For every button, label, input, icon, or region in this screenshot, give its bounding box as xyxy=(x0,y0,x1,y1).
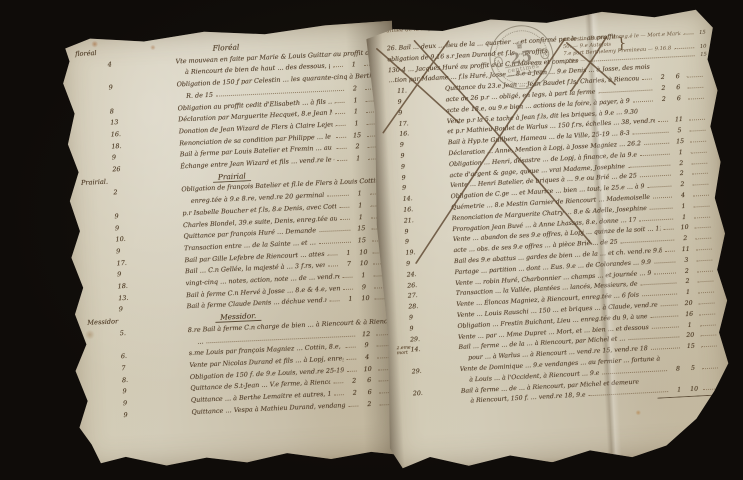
amount-sub: 6 xyxy=(672,94,687,106)
dotted-leader xyxy=(650,207,673,209)
amount: 1 xyxy=(340,247,357,259)
amount: 2 xyxy=(347,387,364,399)
dotted-leader xyxy=(700,324,716,326)
amount: 1 xyxy=(353,211,370,223)
dotted-leader xyxy=(335,101,345,102)
dotted-leader xyxy=(674,48,694,50)
amount: 15 xyxy=(354,235,371,247)
day-number xyxy=(397,360,459,363)
dotted-leader xyxy=(346,347,356,348)
annotation-text: … 9.e — xyxy=(564,58,586,66)
dotted-leader xyxy=(654,272,676,274)
dotted-leader xyxy=(693,195,709,197)
amount: 1 xyxy=(355,270,372,282)
amount: 1 xyxy=(350,153,367,165)
photograph-background: floréalFloréal4Vte mouvean en faite par … xyxy=(0,0,743,480)
dotted-leader xyxy=(337,160,347,161)
dotted-leader xyxy=(640,153,670,156)
dotted-leader xyxy=(689,119,705,121)
dotted-leader xyxy=(651,348,680,351)
amount: 4 xyxy=(359,352,376,364)
day-number xyxy=(73,98,177,103)
dotted-leader xyxy=(694,205,710,207)
dotted-leader xyxy=(690,130,706,132)
dotted-leader xyxy=(653,197,672,199)
margin-note: 2.eme mort xyxy=(397,347,410,357)
amount: 15 xyxy=(349,130,366,142)
dotted-leader xyxy=(330,301,340,302)
dotted-leader xyxy=(334,394,344,395)
dotted-leader xyxy=(343,288,353,289)
amount-sub: 6 xyxy=(671,72,686,84)
dotted-leader xyxy=(699,302,715,304)
section-header-text: Floréal xyxy=(212,43,239,53)
dotted-leader xyxy=(696,249,712,251)
amount-sub: 10 xyxy=(357,258,372,270)
dotted-leader xyxy=(602,370,667,374)
dotted-leader xyxy=(319,242,351,244)
amount: 12 xyxy=(358,328,375,340)
amount: 1 xyxy=(347,94,364,106)
dotted-leader xyxy=(621,240,675,244)
dotted-leader xyxy=(642,79,652,81)
dotted-leader xyxy=(687,76,703,78)
dotted-leader xyxy=(644,143,669,145)
dotted-leader xyxy=(319,230,350,232)
dotted-leader xyxy=(336,136,346,137)
dotted-leader xyxy=(648,186,672,188)
dotted-leader xyxy=(598,89,652,93)
dotted-leader xyxy=(687,87,703,89)
day-number xyxy=(72,75,176,80)
dotted-leader xyxy=(339,207,349,208)
dotted-leader xyxy=(340,218,350,219)
amount: 1 xyxy=(352,188,369,200)
day-number xyxy=(400,403,462,406)
dotted-leader xyxy=(651,315,679,317)
margin-month-label: floréal xyxy=(75,48,97,61)
amount: 1 xyxy=(346,59,363,71)
dotted-leader xyxy=(628,164,670,167)
dotted-leader xyxy=(695,238,711,240)
amount: 1 xyxy=(342,294,359,306)
dotted-leader xyxy=(696,259,712,261)
stamp-unit: centimes xyxy=(505,61,542,77)
day-number xyxy=(78,203,182,208)
dotted-leader xyxy=(683,33,693,35)
dotted-leader xyxy=(346,359,356,360)
dotted-leader xyxy=(703,389,719,391)
amount: 15 xyxy=(353,223,370,235)
dotted-leader xyxy=(701,346,717,348)
amount-sub: 10 xyxy=(687,385,702,397)
amount-sub: 6 xyxy=(671,83,686,95)
amount-sub: 10 xyxy=(356,246,371,258)
stamp-ornament-left: A xyxy=(493,56,504,68)
amount: 9 xyxy=(358,340,375,352)
dotted-leader xyxy=(633,132,669,135)
amount: 1 xyxy=(352,200,369,212)
right-page: 5.e année de la République } modestin, B… xyxy=(366,5,737,471)
amount: 2 xyxy=(347,83,364,95)
dotted-leader xyxy=(661,304,678,306)
dotted-leader xyxy=(694,216,710,218)
dotted-leader xyxy=(336,125,346,126)
dotted-leader xyxy=(652,326,679,328)
dotted-leader xyxy=(642,294,677,297)
dotted-leader xyxy=(702,367,718,369)
stamp-ornament-right: A xyxy=(539,48,550,60)
annotation-amount: 15 xyxy=(697,51,709,59)
dotted-leader xyxy=(691,151,707,153)
day-number xyxy=(398,382,460,385)
dotted-leader xyxy=(335,113,345,114)
dotted-leader xyxy=(688,98,704,100)
amount: 2 xyxy=(346,376,363,388)
dotted-leader xyxy=(333,383,343,384)
amount: 1 xyxy=(348,106,365,118)
amount: 2 xyxy=(349,141,366,153)
entry-text: … xyxy=(197,336,204,348)
dotted-leader xyxy=(348,405,358,406)
dotted-leader xyxy=(328,266,338,267)
dotted-leader xyxy=(640,218,674,221)
amount: 10 xyxy=(359,363,376,375)
stamp-value: 25 xyxy=(509,48,534,66)
dotted-leader xyxy=(343,277,353,278)
dotted-leader xyxy=(697,281,713,283)
crown-icon: ♛ xyxy=(514,40,524,50)
dotted-leader xyxy=(337,148,347,149)
dotted-leader xyxy=(628,337,679,341)
dotted-leader xyxy=(589,391,668,396)
dotted-leader xyxy=(658,121,668,123)
dotted-leader xyxy=(664,229,674,231)
amount-sub: 6 xyxy=(362,375,377,387)
left-page: floréalFloréal4Vte mouvean en faite par … xyxy=(56,21,411,472)
amount-sub: 10 xyxy=(358,293,373,305)
dotted-leader xyxy=(692,173,708,175)
dotted-leader xyxy=(640,175,671,178)
amount: 1 xyxy=(348,118,365,130)
dotted-leader xyxy=(641,283,677,286)
dotted-leader xyxy=(695,227,711,229)
right-page-register: 26. Bail … deux … lieu de la … quartier … xyxy=(381,28,725,466)
dotted-leader xyxy=(698,292,714,294)
dotted-leader xyxy=(347,370,357,371)
dotted-leader xyxy=(333,66,343,67)
dotted-leader xyxy=(697,270,713,272)
dotted-leader xyxy=(690,141,706,143)
amount-sub: 5 xyxy=(686,363,701,375)
dotted-leader xyxy=(327,195,349,197)
dotted-leader xyxy=(654,261,675,263)
dotted-leader xyxy=(633,100,653,102)
day-number xyxy=(84,344,188,349)
dotted-leader xyxy=(700,335,716,337)
amount-sub: 6 xyxy=(363,387,378,399)
left-page-register: floréalFloréal4Vte mouvean en faite par … xyxy=(71,35,400,467)
dotted-leader xyxy=(665,250,675,252)
dotted-leader xyxy=(691,162,707,164)
amount: 7 xyxy=(341,259,358,271)
dotted-leader xyxy=(699,313,715,315)
amount: 2 xyxy=(361,398,378,410)
dotted-leader xyxy=(692,184,708,186)
dotted-leader xyxy=(327,254,337,255)
amount: 9 xyxy=(356,282,373,294)
